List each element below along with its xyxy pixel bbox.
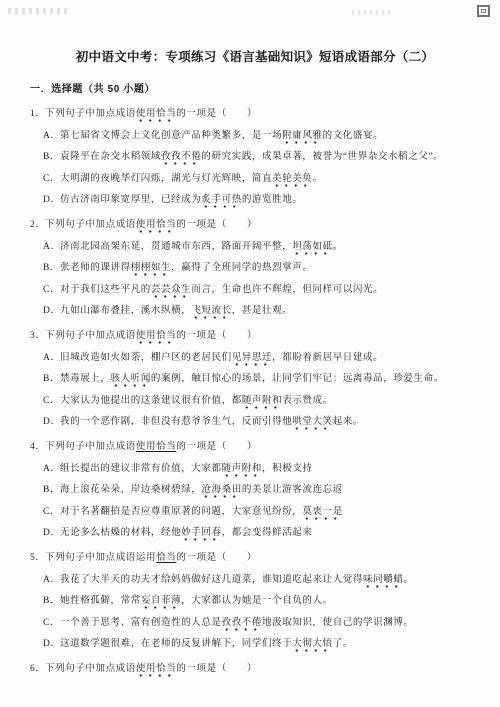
option-label: A． xyxy=(43,574,60,587)
option-row: C． 对于我们这些平凡的芸芸众生而言，生命也许不辉煌，但同样可以闪光。 xyxy=(30,284,480,297)
question-stem: 下列句子中加点成语使用恰当的一项是（ ） xyxy=(45,663,480,676)
option-text: 仿古济南印象宽厚里，已经成为炙手可热的游览胜地。 xyxy=(60,194,480,207)
text-run: 禁毒展上， xyxy=(60,374,111,384)
text-run: 仿古济南印象宽厚里，已经成为 xyxy=(60,195,201,205)
text-run: 的一项是（ ） xyxy=(176,331,257,341)
option-row: D． 这道数学题很难，在老师的反复讲解下，同学们终于大彻大悟了。 xyxy=(30,638,480,651)
text-run: 下列句子中加点成语运用 xyxy=(45,553,156,563)
option-text: 她性格孤僻，常常妄自菲薄，大家都认为她是一个自负的人。 xyxy=(60,595,480,608)
option-row: C． 对于名著翻拍是否应尊重原著的问题，大家意见纷纷，莫衷一是 xyxy=(30,506,480,519)
option-row: B． 海上浪花朵朵，岸边桑树碧绿，沧海桑田的美景让游客流连忘返 xyxy=(30,484,480,497)
text-run: 这道数学题很难，在老师的反复讲解下，同学们终于 xyxy=(60,639,292,649)
emphasized-idiom: 美轮美奂 xyxy=(272,174,312,187)
option-text: 这道数学题很难，在老师的反复讲解下，同学们终于大彻大悟了。 xyxy=(60,638,480,651)
question-stem-row: 1． 下列句子中加点成语使用恰当的一项是（ ） xyxy=(30,108,480,121)
option-row: D． 无论多么枯燥的材料，经他妙手回春，都会变得鲜活起来 xyxy=(30,527,480,540)
option-text: 大家认为他提出的这条建议很有价值，都随声附和表示赞成。 xyxy=(60,395,480,408)
text-run: ，都盼着新居早日建成。 xyxy=(272,353,383,363)
text-run: 她性格孤僻，常常 xyxy=(60,596,141,606)
scan-artifact-left xyxy=(8,8,70,14)
option-text: 张老师的课讲得栩栩如生，赢得了全班同学的热烈掌声。 xyxy=(60,262,480,275)
option-list: A． 我花了大半天的功夫才给妈妈做好这几道菜，谁知道吃起来让人觉得味同嚼蜡。 B… xyxy=(30,574,480,652)
option-label: D． xyxy=(43,416,60,429)
option-label: D． xyxy=(43,638,60,651)
text-run: 起来。 xyxy=(333,417,363,427)
question-stem: 下列句子中加点成语使用恰当的一项是（ ） xyxy=(45,441,480,454)
text-run: 的一项是（ ） xyxy=(176,664,257,674)
text-run: 下列句子中加点成语 xyxy=(45,442,136,452)
emphasized-idiom: 芸芸众生 xyxy=(151,285,191,298)
option-text: 我的一个恶作剧，非但没有惹爷爷生气，反而引得他哄堂大笑起来。 xyxy=(60,416,480,429)
emphasized-idiom: 随声附和 xyxy=(222,464,262,477)
option-row: C． 一个善于思考、富有创造性的人总是孜孜不倦地汲取知识，使自己的学识渊博。 xyxy=(30,617,480,630)
option-label: B． xyxy=(43,262,60,275)
option-row: A． 第七届省文博会上文化创意产品种类繁多，是一场附庸风雅的文化盛宴。 xyxy=(30,130,480,143)
option-label: D． xyxy=(43,305,60,318)
option-label: C． xyxy=(43,284,60,297)
text-run: 了。 xyxy=(333,639,353,649)
option-text: 我花了大半天的功夫才给妈妈做好这几道菜，谁知道吃起来让人觉得味同嚼蜡。 xyxy=(60,574,480,587)
option-label: C． xyxy=(43,506,60,519)
text-run: 对于我们这些平凡的 xyxy=(60,285,151,295)
emphasized-idiom: 见异思迁 xyxy=(232,353,272,366)
text-run: 济南北园高架东延，贯通城市东西，路面开阔平整， xyxy=(60,242,292,252)
option-row: A． 济南北园高架东延，贯通城市东西，路面开阔平整，坦荡如砥。 xyxy=(30,241,480,254)
option-text: 九如山瀑布叠挂，溪水纵横，飞短流长，甚是壮观。 xyxy=(60,305,480,318)
text-run: 。 xyxy=(333,242,343,252)
option-text: 旧城改造如火如荼，棚户区的老居民们见异思迁，都盼着新居早日建成。 xyxy=(60,352,480,365)
option-label: C． xyxy=(43,617,60,630)
option-label: D． xyxy=(43,194,60,207)
option-row: D． 我的一个恶作剧，非但没有惹爷爷生气，反而引得他哄堂大笑起来。 xyxy=(30,416,480,429)
option-row: B． 禁毒展上，骇人听闻的案例，触目惊心的场景，让同学们牢记：远离毒品，珍爱生命… xyxy=(30,373,480,386)
option-text: 一个善于思考、富有创造性的人总是孜孜不倦地汲取知识，使自己的学识渊博。 xyxy=(60,617,480,630)
question-stem: 下列句子中加点成语使用恰当的一项是（ ） xyxy=(45,330,480,343)
emphasized-idiom: 妄自菲薄 xyxy=(141,596,181,609)
option-text: 对于我们这些平凡的芸芸众生而言，生命也许不辉煌，但同样可以闪光。 xyxy=(60,284,480,297)
option-row: B． 她性格孤僻，常常妄自菲薄，大家都认为她是一个自负的人。 xyxy=(30,595,480,608)
text-run: 大明湖的夜晚华灯闪烁，湖光与灯光辉映，简直 xyxy=(60,174,272,184)
emphasized-idiom: 使用恰当 xyxy=(136,331,176,344)
scan-artifact-middle xyxy=(352,10,394,15)
text-run: 的一项是（ ） xyxy=(176,553,257,563)
text-run: 海上浪花朵朵，岸边桑树碧绿， xyxy=(60,485,201,495)
emphasized-idiom: 附庸风雅 xyxy=(282,131,322,144)
emphasized-idiom: 坦荡如砥 xyxy=(292,242,332,255)
text-run: 旧城改造如火如荼，棚户区的老居民们 xyxy=(60,353,232,363)
page-corner-mark-icon xyxy=(477,5,490,17)
emphasized-idiom: 恰当 xyxy=(156,553,176,563)
emphasized-idiom: 使用恰当 xyxy=(136,664,176,677)
question-block: 4． 下列句子中加点成语使用恰当的一项是（ ） A． 组长提出的建议非常有价值，… xyxy=(30,441,480,540)
option-text: 无论多么枯燥的材料，经他妙手回春，都会变得鲜活起来 xyxy=(60,527,480,540)
text-run: 对于名著翻拍是否应尊重原著的问题，大家意见纷纷， xyxy=(60,507,302,517)
option-text: 济南北园高架东延，贯通城市东西，路面开阔平整，坦荡如砥。 xyxy=(60,241,480,254)
question-list: 1． 下列句子中加点成语使用恰当的一项是（ ） A． 第七届省文博会上文化创意产… xyxy=(30,108,480,676)
question-block: 3． 下列句子中加点成语使用恰当的一项是（ ） A． 旧城改造如火如荼，棚户区的… xyxy=(30,330,480,429)
text-run: 的研究实践，成果卓著，被誉为“世界杂交水稻之父”。 xyxy=(201,152,443,162)
text-run: 张老师的课讲得 xyxy=(60,263,131,273)
option-row: B． 张老师的课讲得栩栩如生，赢得了全班同学的热烈掌声。 xyxy=(30,262,480,275)
question-stem-row: 2． 下列句子中加点成语使用恰当的一项是（ ） xyxy=(30,219,480,232)
text-run: 大家认为他提出的这条建议很有价值，都 xyxy=(60,396,242,406)
text-run: 第七届省文博会上文化创意产品种类繁多，是一场 xyxy=(60,131,282,141)
option-row: C． 大明湖的夜晚华灯闪烁，湖光与灯光辉映，简直美轮美奂。 xyxy=(30,173,480,186)
text-run: 九如山瀑布叠挂，溪水纵横， xyxy=(60,306,191,316)
option-row: D． 仿古济南印象宽厚里，已经成为炙手可热的游览胜地。 xyxy=(30,194,480,207)
question-block: 5． 下列句子中加点成语运用恰当的一项是（ ） A． 我花了大半天的功夫才给妈妈… xyxy=(30,552,480,651)
question-number: 3． xyxy=(30,330,45,343)
emphasized-idiom: 使用恰当 xyxy=(136,442,176,452)
question-stem-row: 4． 下列句子中加点成语使用恰当的一项是（ ） xyxy=(30,441,480,454)
text-run: 的一项是（ ） xyxy=(176,442,257,452)
option-text: 海上浪花朵朵，岸边桑树碧绿，沧海桑田的美景让游客流连忘返 xyxy=(60,484,480,497)
question-number: 1． xyxy=(30,108,45,121)
option-list: A． 旧城改造如火如荼，棚户区的老居民们见异思迁，都盼着新居早日建成。 B． 禁… xyxy=(30,352,480,430)
option-label: B． xyxy=(43,484,60,497)
text-run: ，赢得了全班同学的热烈掌声。 xyxy=(171,263,312,273)
text-run: 组长提出的建议非常有价值，大家都 xyxy=(60,464,222,474)
option-label: A． xyxy=(43,352,60,365)
question-stem: 下列句子中加点成语使用恰当的一项是（ ） xyxy=(45,108,480,121)
emphasized-idiom: 味同嚼蜡 xyxy=(363,575,403,588)
option-label: A． xyxy=(43,241,60,254)
emphasized-idiom: 大彻大悟 xyxy=(292,639,332,652)
emphasized-idiom: 孜孜不倦 xyxy=(161,152,201,165)
option-text: 袁隆平在杂交水稻领域孜孜不倦的研究实践，成果卓著，被誉为“世界杂交水稻之父”。 xyxy=(60,151,480,164)
question-number: 5． xyxy=(30,552,45,565)
emphasized-idiom: 炙手可热 xyxy=(201,195,241,208)
text-run: 下列句子中加点成语 xyxy=(45,109,136,119)
text-run: 。 xyxy=(403,575,413,585)
emphasized-idiom: 沧海桑田 xyxy=(201,485,241,498)
text-run: ，大家都认为她是一个自负的人。 xyxy=(181,596,333,606)
option-row: A． 组长提出的建议非常有价值，大家都随声附和，积极支持 xyxy=(30,463,480,476)
question-stem-row: 5． 下列句子中加点成语运用恰当的一项是（ ） xyxy=(30,552,480,565)
text-run: 下列句子中加点成语 xyxy=(45,331,136,341)
text-run: 的一项是（ ） xyxy=(176,109,257,119)
text-run: 。 xyxy=(313,174,323,184)
option-text: 对于名著翻拍是否应尊重原著的问题，大家意见纷纷，莫衷一是 xyxy=(60,506,480,519)
text-run: 无论多么枯燥的材料，经他 xyxy=(60,528,181,538)
emphasized-idiom: 妙手回春 xyxy=(181,528,221,541)
question-stem-row: 6． 下列句子中加点成语使用恰当的一项是（ ） xyxy=(30,663,480,676)
text-run: 我花了大半天的功夫才给妈妈做好这几道菜，谁知道吃起来让人觉得 xyxy=(60,575,363,585)
text-run: 我的一个恶作剧，非但没有惹爷爷生气，反而引得他 xyxy=(60,417,292,427)
text-run: 表示赞成。 xyxy=(282,396,333,406)
option-label: C． xyxy=(43,173,60,186)
option-text: 组长提出的建议非常有价值，大家都随声附和，积极支持 xyxy=(60,463,480,476)
question-block: 2． 下列句子中加点成语使用恰当的一项是（ ） A． 济南北园高架东延，贯通城市… xyxy=(30,219,480,318)
option-label: A． xyxy=(43,463,60,476)
text-run: 而言，生命也许不辉煌，但同样可以闪光。 xyxy=(191,285,383,295)
option-label: A． xyxy=(43,130,60,143)
text-run: ，甚是壮观。 xyxy=(232,306,293,316)
text-run: 的文化盛宴。 xyxy=(323,131,384,141)
option-list: A． 第七届省文博会上文化创意产品种类繁多，是一场附庸风雅的文化盛宴。 B． 袁… xyxy=(30,130,480,208)
option-row: A． 旧城改造如火如荼，棚户区的老居民们见异思迁，都盼着新居早日建成。 xyxy=(30,352,480,365)
option-text: 禁毒展上，骇人听闻的案例，触目惊心的场景，让同学们牢记：远离毒品，珍爱生命。 xyxy=(60,373,480,386)
emphasized-idiom: 飞短流长 xyxy=(191,306,231,319)
text-run: ，都会变得鲜活起来 xyxy=(222,528,313,538)
text-run: 的一项是（ ） xyxy=(176,220,257,230)
emphasized-idiom: 哄堂大笑 xyxy=(292,417,332,430)
option-label: C． xyxy=(43,395,60,408)
question-stem-row: 3． 下列句子中加点成语使用恰当的一项是（ ） xyxy=(30,330,480,343)
question-stem: 下列句子中加点成语使用恰当的一项是（ ） xyxy=(45,219,480,232)
text-run: 袁隆平在杂交水稻领域 xyxy=(60,152,161,162)
section-heading: 一．选择题（共 50 小题） xyxy=(30,83,480,96)
page-title: 初中语文中考：专项练习《语言基础知识》短语成语部分（二） xyxy=(30,48,480,66)
question-block: 6． 下列句子中加点成语使用恰当的一项是（ ） xyxy=(30,663,480,676)
question-block: 1． 下列句子中加点成语使用恰当的一项是（ ） A． 第七届省文博会上文化创意产… xyxy=(30,108,480,207)
text-run: 的美景让游客流连忘返 xyxy=(242,485,343,495)
option-text: 第七届省文博会上文化创意产品种类繁多，是一场附庸风雅的文化盛宴。 xyxy=(60,130,480,143)
text-run: 的游览胜地。 xyxy=(242,195,303,205)
option-row: C． 大家认为他提出的这条建议很有价值，都随声附和表示赞成。 xyxy=(30,395,480,408)
option-row: A． 我花了大半天的功夫才给妈妈做好这几道菜，谁知道吃起来让人觉得味同嚼蜡。 xyxy=(30,574,480,587)
option-label: B． xyxy=(43,151,60,164)
text-run: 下列句子中加点成语 xyxy=(45,220,136,230)
option-label: B． xyxy=(43,595,60,608)
option-list: A． 济南北园高架东延，贯通城市东西，路面开阔平整，坦荡如砥。 B． 张老师的课… xyxy=(30,241,480,319)
option-list: A． 组长提出的建议非常有价值，大家都随声附和，积极支持 B． 海上浪花朵朵，岸… xyxy=(30,463,480,541)
question-number: 4． xyxy=(30,441,45,454)
emphasized-idiom: 随声附和 xyxy=(242,396,282,409)
emphasized-idiom: 孜孜不倦 xyxy=(222,618,262,631)
question-number: 2． xyxy=(30,219,45,232)
option-row: D． 九如山瀑布叠挂，溪水纵横，飞短流长，甚是壮观。 xyxy=(30,305,480,318)
option-label: B． xyxy=(43,373,60,386)
option-row: B． 袁隆平在杂交水稻领域孜孜不倦的研究实践，成果卓著，被誉为“世界杂交水稻之父… xyxy=(30,151,480,164)
text-run: 地汲取知识，使自己的学识渊博。 xyxy=(262,618,414,628)
text-run: 的案例，触目惊心的场景，让同学们牢记：远离毒品，珍爱生命。 xyxy=(151,374,444,384)
emphasized-idiom: 使用恰当 xyxy=(136,220,176,233)
text-run: 下列句子中加点成语 xyxy=(45,664,136,674)
document-page: 初中语文中考：专项练习《语言基础知识》短语成语部分（二） 一．选择题（共 50 … xyxy=(0,0,500,707)
text-run: 一个善于思考、富有创造性的人总是 xyxy=(60,618,222,628)
emphasized-idiom: 栩栩如生 xyxy=(131,263,171,276)
option-label: D． xyxy=(43,527,60,540)
question-number: 6． xyxy=(30,663,45,676)
text-run: ，积极支持 xyxy=(262,464,313,474)
emphasized-idiom: 骇人听闻 xyxy=(111,374,151,387)
emphasized-idiom: 莫衷一是 xyxy=(302,507,342,520)
question-stem: 下列句子中加点成语运用恰当的一项是（ ） xyxy=(45,552,480,565)
emphasized-idiom: 使用恰当 xyxy=(136,109,176,122)
option-text: 大明湖的夜晚华灯闪烁，湖光与灯光辉映，简直美轮美奂。 xyxy=(60,173,480,186)
